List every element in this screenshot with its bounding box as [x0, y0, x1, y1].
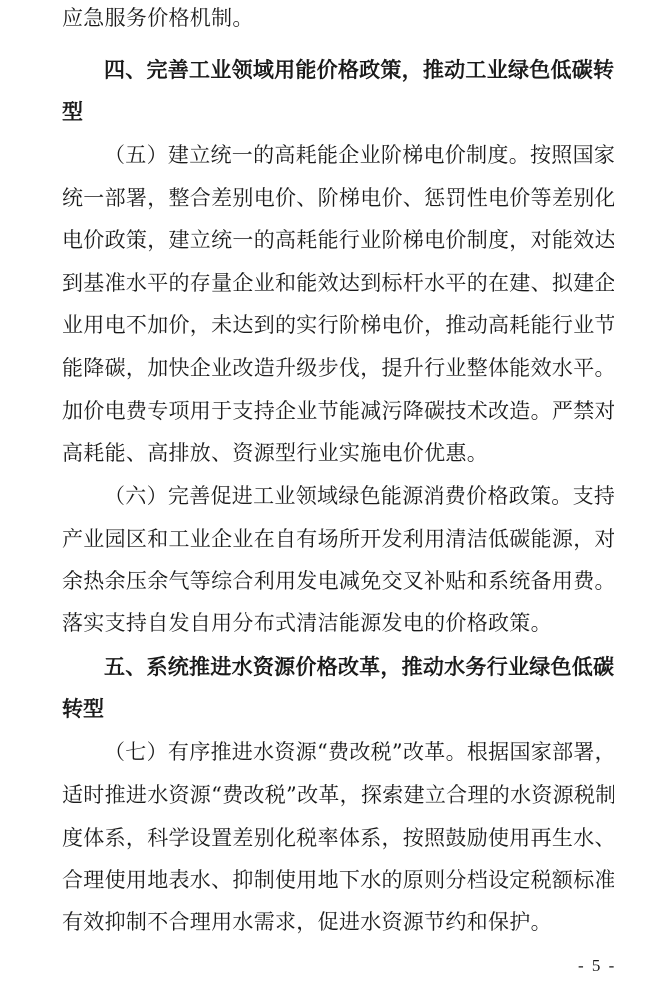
paragraph-5-line: 统一部署，整合差别电价、阶梯电价、惩罚性电价等差别化: [62, 186, 614, 210]
paragraph-5-line: 业用电不加价，未达到的实行阶梯电价，推动高耗能行业节: [62, 313, 614, 337]
paragraph-5-line: 能降碳，加快企业改造升级步伐，提升行业整体能效水平。: [62, 356, 614, 380]
paragraph-continuation-line: 应急服务价格机制。: [62, 6, 614, 30]
section-heading-4-line-1: 四、完善工业领域用能价格政策，推动工业绿色低碳转: [104, 58, 614, 82]
paragraph-6-line: 落实支持自发自用分布式清洁能源发电的价格政策。: [62, 611, 614, 635]
paragraph-5-line: （五）建立统一的高耗能企业阶梯电价制度。按照国家: [104, 143, 614, 167]
paragraph-5-line: 电价政策，建立统一的高耗能行业阶梯电价制度，对能效达: [62, 228, 614, 252]
paragraph-6-line: 产业园区和工业企业在自有场所开发利用清洁低碳能源，对: [62, 527, 614, 551]
paragraph-7-line: 有效抑制不合理用水需求，促进水资源节约和保护。: [62, 910, 614, 934]
paragraph-7-line: （七）有序推进水资源“费改税”改革。根据国家部署，: [104, 740, 614, 764]
paragraph-6-line: （六）完善促进工业领域绿色能源消费价格政策。支持: [104, 484, 614, 508]
page-number: - 5 -: [578, 956, 616, 976]
paragraph-5-line: 高耗能、高排放、资源型行业实施电价优惠。: [62, 441, 614, 465]
paragraph-5-line: 到基准水平的存量企业和能效达到标杆水平的在建、拟建企: [62, 271, 614, 295]
section-heading-4-line-2: 型: [62, 100, 614, 124]
section-heading-5-line-1: 五、系统推进水资源价格改革，推动水务行业绿色低碳: [104, 655, 614, 679]
paragraph-7-line: 度体系，科学设置差别化税率体系，按照鼓励使用再生水、: [62, 826, 614, 850]
section-heading-5-line-2: 转型: [62, 697, 614, 721]
paragraph-7-line: 合理使用地表水、抑制使用地下水的原则分档设定税额标准，: [62, 868, 614, 892]
paragraph-6-line: 余热余压余气等综合利用发电减免交叉补贴和系统备用费。: [62, 569, 614, 593]
paragraph-5-line: 加价电费专项用于支持企业节能减污降碳技术改造。严禁对: [62, 399, 614, 423]
paragraph-7-line: 适时推进水资源“费改税”改革，探索建立合理的水资源税制: [62, 783, 614, 807]
